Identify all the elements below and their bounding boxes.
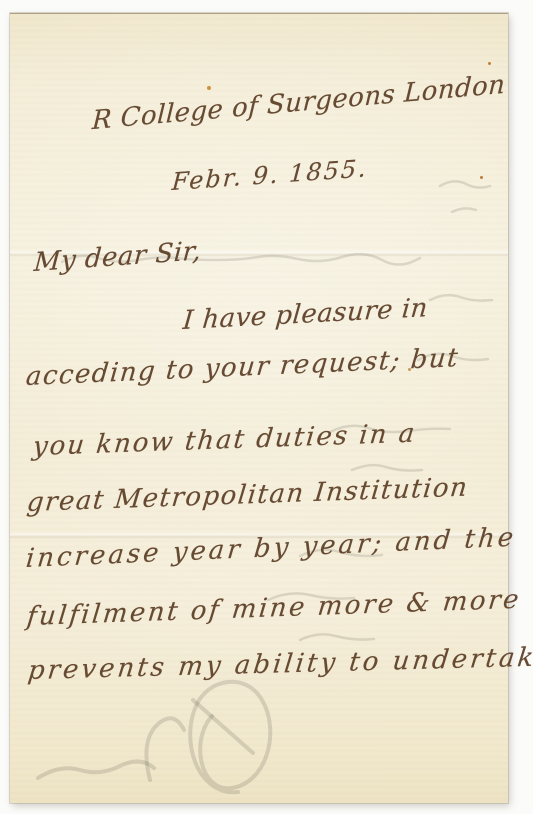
foxing-spot bbox=[488, 62, 491, 65]
foxing-spot bbox=[207, 86, 211, 90]
scanned-letter-page: R College of Surgeons London Febr. 9. 18… bbox=[0, 0, 533, 814]
foxing-spot bbox=[480, 176, 483, 179]
